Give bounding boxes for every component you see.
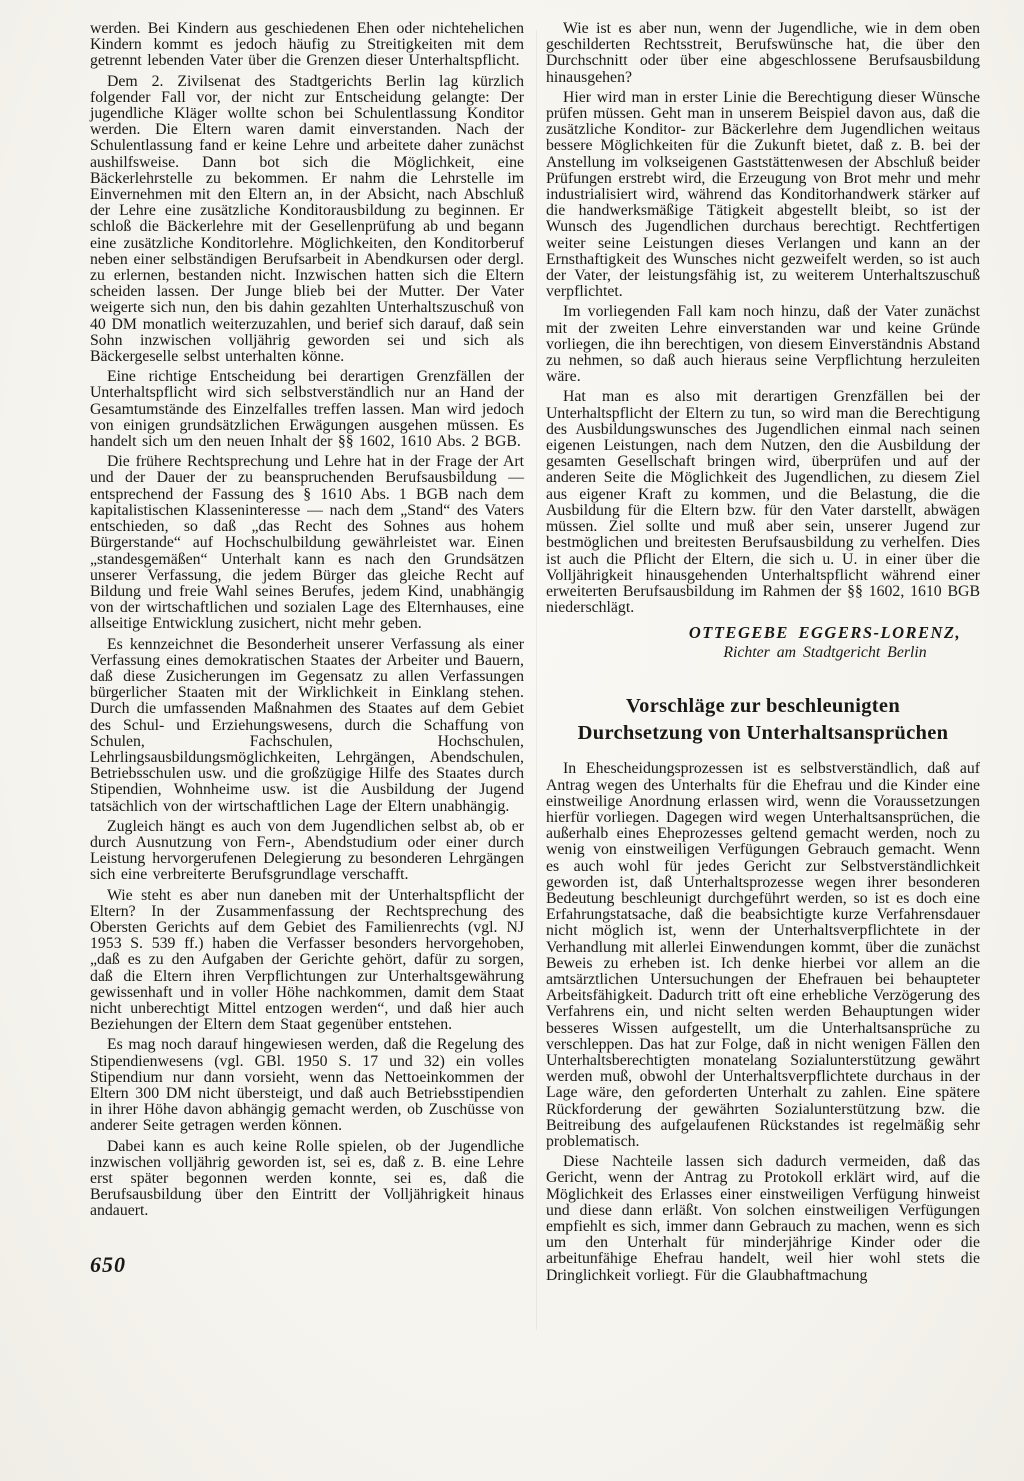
article-heading: Vorschläge zur beschleunigten Durchsetzu…	[546, 693, 980, 747]
left-column: werden. Bei Kindern aus geschiedenen Ehe…	[90, 21, 524, 1288]
paragraph: Im vorliegenden Fall kam noch hinzu, daß…	[546, 304, 980, 385]
paragraph: Zugleich hängt es auch von dem Jugendlic…	[90, 819, 524, 884]
article-heading-line1: Vorschläge zur beschleunigten	[546, 693, 980, 720]
paragraph: Hier wird man in erster Linie die Berech…	[546, 90, 980, 301]
paragraph: Wie ist es aber nun, wenn der Jugendlich…	[546, 21, 980, 86]
paragraph: Hat man es also mit derartigen Grenzfäll…	[546, 389, 980, 616]
page-number: 650	[90, 1252, 524, 1278]
journal-page: werden. Bei Kindern aus geschiedenen Ehe…	[0, 0, 1024, 1481]
paragraph: Es kennzeichnet die Besonderheit unserer…	[90, 637, 524, 815]
author-name: OTTEGEBE EGGERS-LORENZ,	[670, 623, 980, 643]
paragraph: Die frühere Rechtsprechung und Lehre hat…	[90, 454, 524, 632]
paragraph: Dabei kann es auch keine Rolle spielen, …	[90, 1139, 524, 1220]
paragraph: In Ehescheidungsprozessen ist es selbstv…	[546, 761, 980, 1150]
right-column: Wie ist es aber nun, wenn der Jugendlich…	[546, 21, 980, 1288]
two-column-layout: werden. Bei Kindern aus geschiedenen Ehe…	[0, 0, 1024, 1288]
paragraph: Es mag noch darauf hingewiesen werden, d…	[90, 1037, 524, 1134]
paragraph: Dem 2. Zivilsenat des Stadtgerichts Berl…	[90, 74, 524, 366]
paragraph: werden. Bei Kindern aus geschiedenen Ehe…	[90, 21, 524, 70]
article-heading-line2: Durchsetzung von Unterhaltsansprüchen	[546, 720, 980, 747]
paragraph: Diese Nachteile lassen sich dadurch verm…	[546, 1154, 980, 1284]
column-gutter-divider	[536, 30, 537, 1330]
paragraph: Eine richtige Entscheidung bei derartige…	[90, 369, 524, 450]
paragraph: Wie steht es aber nun daneben mit der Un…	[90, 888, 524, 1034]
author-signature: OTTEGEBE EGGERS-LORENZ, Richter am Stadt…	[546, 623, 980, 663]
author-title: Richter am Stadtgericht Berlin	[670, 643, 980, 663]
